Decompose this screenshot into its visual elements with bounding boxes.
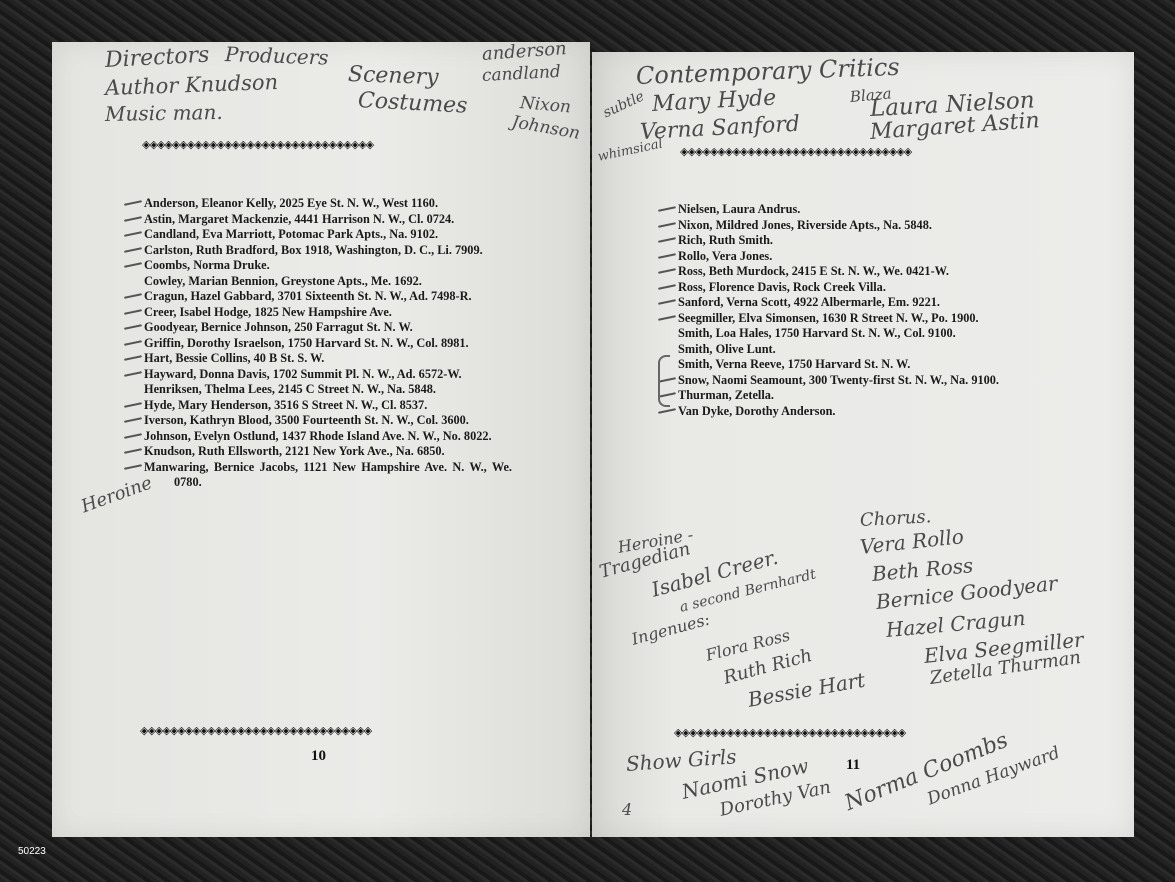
handwritten-bracket [658, 355, 670, 407]
entry-text: Astin, Margaret Mackenzie, 4441 Harrison… [144, 212, 454, 226]
directory-entry: Cowley, Marian Bennion, Greystone Apts.,… [144, 274, 512, 290]
entry-text: Ross, Beth Murdock, 2415 E St. N. W., We… [678, 264, 949, 278]
entry-text: Rich, Ruth Smith. [678, 233, 773, 247]
entry-text: Goodyear, Bernice Johnson, 250 Farragut … [144, 320, 413, 334]
ornament-rule-top-left: ◈◈◈◈◈◈◈◈◈◈◈◈◈◈◈◈◈◈◈◈◈◈◈◈◈◈◈◈◈◈◈ [142, 139, 508, 151]
entry-text: Nielsen, Laura Andrus. [678, 202, 800, 216]
directory-entry: Ross, Beth Murdock, 2415 E St. N. W., We… [678, 264, 1032, 280]
entry-text: Hyde, Mary Henderson, 3516 S Street N. W… [144, 398, 427, 412]
directory-entry: Coombs, Norma Druke. [144, 258, 512, 274]
directory-entry: Henriksen, Thelma Lees, 2145 C Street N.… [144, 382, 512, 398]
directory-entry: Carlston, Ruth Bradford, Box 1918, Washi… [144, 243, 512, 259]
entry-text: Carlston, Ruth Bradford, Box 1918, Washi… [144, 243, 483, 257]
handwritten-note: candland [481, 62, 561, 86]
directory-entry: Manwaring, Bernice Jacobs, 1121 New Hamp… [144, 460, 512, 491]
directory-entry: Astin, Margaret Mackenzie, 4441 Harrison… [144, 212, 512, 228]
entry-text: Thurman, Zetella. [678, 388, 774, 402]
directory-entry: Hyde, Mary Henderson, 3516 S Street N. W… [144, 398, 512, 414]
entry-text: Iverson, Kathryn Blood, 3500 Fourteenth … [144, 413, 469, 427]
directory-entry: Smith, Verna Reeve, 1750 Harvard St. N. … [678, 357, 1032, 373]
directory-entry: Van Dyke, Dorothy Anderson. [678, 404, 1032, 420]
entry-text: Coombs, Norma Druke. [144, 258, 270, 272]
directory-entry: Cragun, Hazel Gabbard, 3701 Sixteenth St… [144, 289, 512, 305]
directory-entry: Nixon, Mildred Jones, Riverside Apts., N… [678, 218, 1032, 234]
directory-entry: Smith, Olive Lunt. [678, 342, 1032, 358]
directory-entry: Goodyear, Bernice Johnson, 250 Farragut … [144, 320, 512, 336]
page-number-left: 10 [311, 748, 326, 765]
directory-entry: Johnson, Evelyn Ostlund, 1437 Rhode Isla… [144, 429, 512, 445]
handwritten-note: 4 [622, 800, 632, 819]
entry-text: Nixon, Mildred Jones, Riverside Apts., N… [678, 218, 932, 232]
handwritten-note: Chorus. [859, 506, 931, 531]
directory-entry: Rich, Ruth Smith. [678, 233, 1032, 249]
entry-text: Van Dyke, Dorothy Anderson. [678, 404, 836, 418]
entry-text: Rollo, Vera Jones. [678, 249, 772, 263]
left-directory-list: Anderson, Eleanor Kelly, 2025 Eye St. N.… [144, 196, 512, 491]
catalog-number: 50223 [18, 846, 46, 857]
directory-entry: Ross, Florence Davis, Rock Creek Villa. [678, 280, 1032, 296]
entry-text: Hart, Bessie Collins, 40 B St. S. W. [144, 351, 324, 365]
entry-text: Anderson, Eleanor Kelly, 2025 Eye St. N.… [144, 196, 438, 210]
ornament-rule-top-right: ◈◈◈◈◈◈◈◈◈◈◈◈◈◈◈◈◈◈◈◈◈◈◈◈◈◈◈◈◈◈◈ [680, 146, 1048, 158]
handwritten-note: Music man. [105, 100, 223, 126]
directory-entry: Griffin, Dorothy Israelson, 1750 Harvard… [144, 336, 512, 352]
right-directory-list: Nielsen, Laura Andrus.Nixon, Mildred Jon… [678, 202, 1032, 419]
handwritten-note: Producers [225, 42, 329, 70]
entry-text: Snow, Naomi Seamount, 300 Twenty-first S… [678, 373, 999, 387]
entry-text: Henriksen, Thelma Lees, 2145 C Street N.… [144, 382, 436, 396]
directory-entry: Thurman, Zetella. [678, 388, 1032, 404]
directory-entry: Candland, Eva Marriott, Potomac Park Apt… [144, 227, 512, 243]
entry-text: Smith, Verna Reeve, 1750 Harvard St. N. … [678, 357, 910, 371]
directory-entry: Rollo, Vera Jones. [678, 249, 1032, 265]
entry-text: Johnson, Evelyn Ostlund, 1437 Rhode Isla… [144, 429, 492, 443]
directory-entry: Hart, Bessie Collins, 40 B St. S. W. [144, 351, 512, 367]
page-number-right: 11 [846, 757, 860, 774]
entry-text: Sanford, Verna Scott, 4922 Albermarle, E… [678, 295, 940, 309]
directory-entry: Iverson, Kathryn Blood, 3500 Fourteenth … [144, 413, 512, 429]
directory-entry: Creer, Isabel Hodge, 1825 New Hampshire … [144, 305, 512, 321]
entry-text: Smith, Loa Hales, 1750 Harvard St. N. W.… [678, 326, 956, 340]
directory-entry: Nielsen, Laura Andrus. [678, 202, 1032, 218]
directory-entry: Seegmiller, Elva Simonsen, 1630 R Street… [678, 311, 1032, 327]
directory-entry: Knudson, Ruth Ellsworth, 2121 New York A… [144, 444, 512, 460]
directory-entry: Sanford, Verna Scott, 4922 Albermarle, E… [678, 295, 1032, 311]
entry-text: Cragun, Hazel Gabbard, 3701 Sixteenth St… [144, 289, 472, 303]
entry-text: Knudson, Ruth Ellsworth, 2121 New York A… [144, 444, 445, 458]
directory-entry: Anderson, Eleanor Kelly, 2025 Eye St. N.… [144, 196, 512, 212]
entry-text: Seegmiller, Elva Simonsen, 1630 R Street… [678, 311, 979, 325]
ornament-rule-bottom-left: ◈◈◈◈◈◈◈◈◈◈◈◈◈◈◈◈◈◈◈◈◈◈◈◈◈◈◈◈◈◈◈ [140, 725, 508, 737]
directory-entry: Hayward, Donna Davis, 1702 Summit Pl. N.… [144, 367, 512, 383]
entry-text: Candland, Eva Marriott, Potomac Park Apt… [144, 227, 438, 241]
entry-text: Cowley, Marian Bennion, Greystone Apts.,… [144, 274, 422, 288]
entry-text: Ross, Florence Davis, Rock Creek Villa. [678, 280, 886, 294]
entry-text: Smith, Olive Lunt. [678, 342, 776, 356]
handwritten-note: Scenery [348, 62, 439, 90]
entry-text: Griffin, Dorothy Israelson, 1750 Harvard… [144, 336, 469, 350]
directory-entry: Smith, Loa Hales, 1750 Harvard St. N. W.… [678, 326, 1032, 342]
entry-text: Creer, Isabel Hodge, 1825 New Hampshire … [144, 305, 392, 319]
entry-text: Manwaring, Bernice Jacobs, 1121 New Hamp… [144, 460, 512, 490]
entry-text: Hayward, Donna Davis, 1702 Summit Pl. N.… [144, 367, 462, 381]
directory-entry: Snow, Naomi Seamount, 300 Twenty-first S… [678, 373, 1032, 389]
right-page [592, 52, 1134, 837]
